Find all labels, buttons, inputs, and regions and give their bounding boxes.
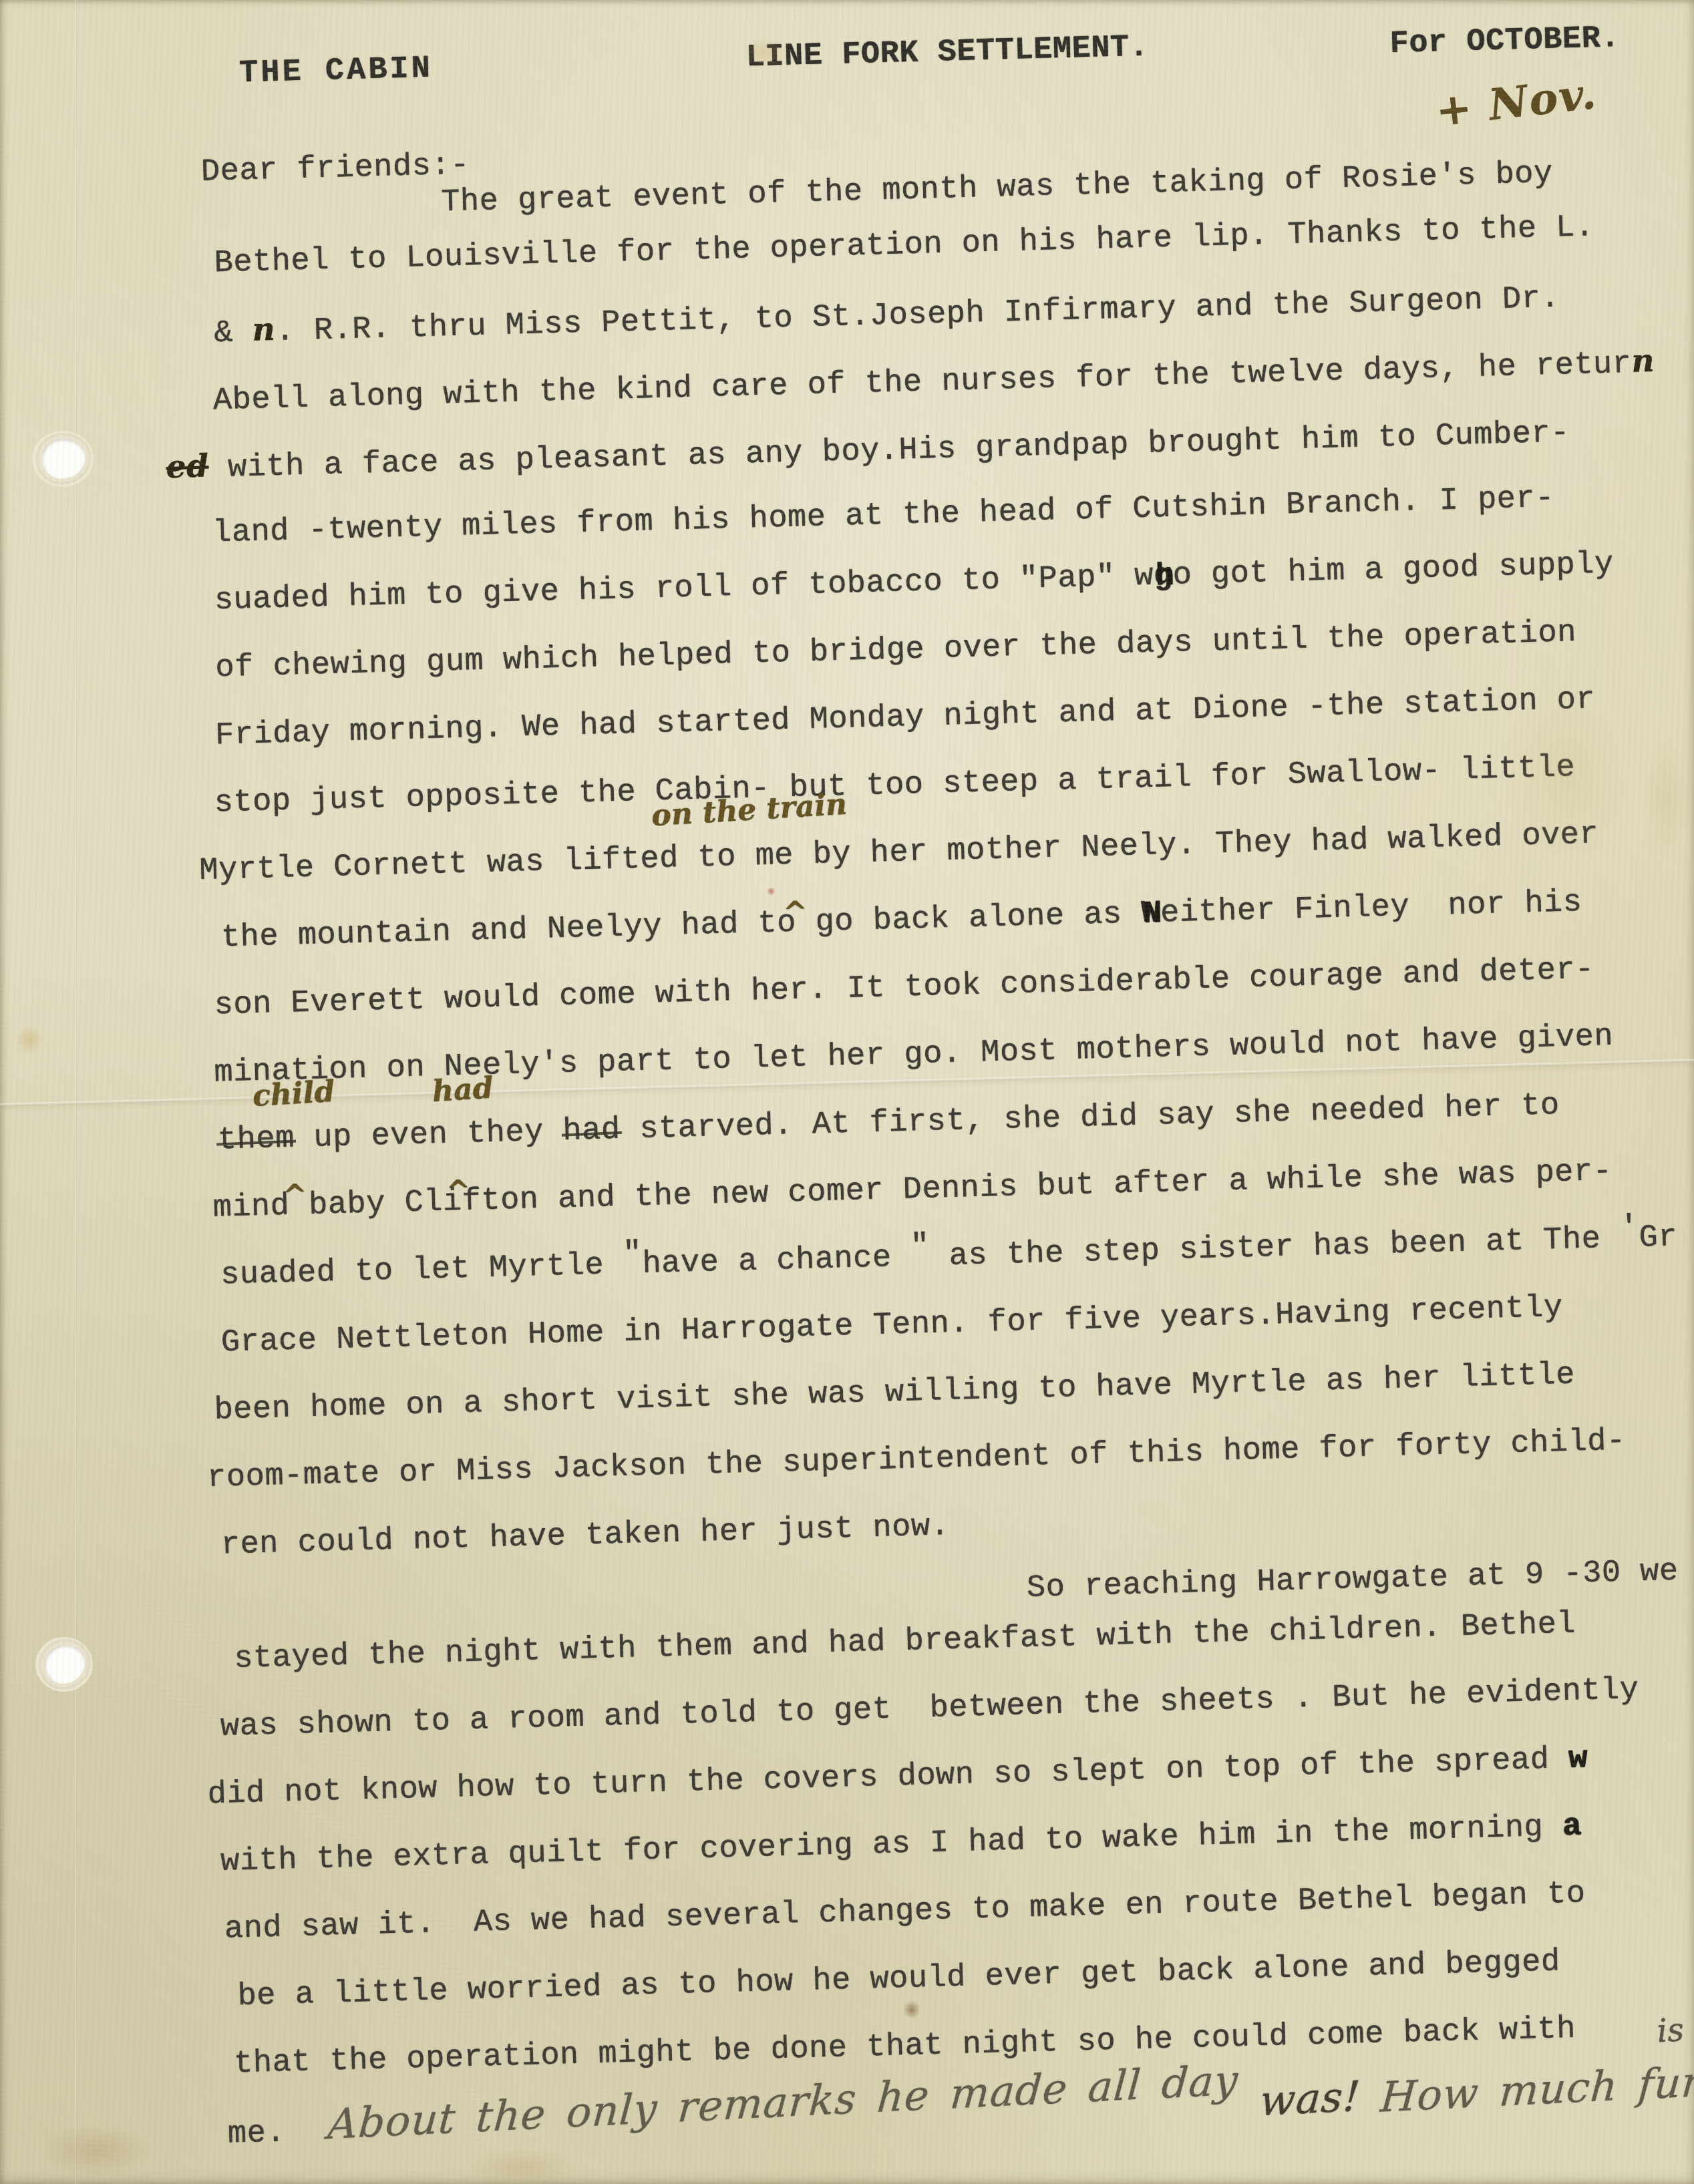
- typed-text: starved. At first, she did say she neede…: [620, 1088, 1560, 1148]
- letter-line: So reaching Harrowgate at 9 -30 we: [1026, 1552, 1679, 1609]
- typed-text: stop just opposite the Cabin- but too st…: [214, 750, 1576, 821]
- handwritten-correction: n: [252, 311, 276, 349]
- typed-text: have a chance: [642, 1240, 911, 1282]
- struck-out-word: had: [562, 1113, 621, 1149]
- letter-line: stayed the night with them and had break…: [234, 1605, 1576, 1680]
- handwritten-november-note: + Nov.: [1433, 69, 1600, 137]
- typed-text: suaded him to give his roll of tobacco t…: [214, 559, 1154, 619]
- letter-line: and saw it. As we had several changes to…: [224, 1874, 1586, 1950]
- handwritten-correction: ed: [166, 448, 209, 486]
- typed-text: Bethel to Louisville for the operation o…: [214, 210, 1594, 281]
- overstrike-character: h: [1155, 557, 1175, 598]
- typed-text: with the extra quilt for covering as I h…: [220, 1809, 1563, 1880]
- typed-text: a: [1562, 1809, 1582, 1845]
- handwritten-word: had: [432, 1069, 495, 1112]
- typed-text: room-mate or Miss Jackson the superinten…: [207, 1423, 1627, 1496]
- letter-line: the mountain and Neelyy had to go back a…: [220, 883, 1582, 958]
- typed-text: ren could not have taken her just now.: [220, 1509, 950, 1564]
- letter-line: Bethel to Louisville for the operation o…: [214, 208, 1595, 284]
- handwritten-script: How much furde: [1359, 2059, 1694, 2119]
- letter-line: son Everett would come with her. It took…: [214, 950, 1595, 1026]
- typed-text: o got him a good supply: [1172, 547, 1614, 594]
- header-settlement-title: LINE FORK SETTLEMENT.: [745, 27, 1149, 78]
- letter-line: Grace Nettleton Home in Harrogate Tenn. …: [220, 1288, 1563, 1364]
- letter-line: Dear friends:-: [200, 146, 470, 192]
- header-cabin-title: THE CABIN: [238, 49, 433, 95]
- letter-line: suaded to let Myrtle "have a chance " as…: [220, 1218, 1678, 1296]
- struck-out-word: them: [217, 1121, 295, 1158]
- letter-line: with the extra quilt for covering as I h…: [220, 1807, 1582, 1882]
- typed-text: stayed the night with them and had break…: [234, 1607, 1576, 1678]
- handwritten-word: is it.: [1656, 2007, 1694, 2051]
- typed-text: been home on a short visit she was willi…: [214, 1357, 1576, 1428]
- header-month-title: For OCTOBER.: [1389, 19, 1621, 65]
- typed-text: mind baby Clifton and the new comer Denn…: [212, 1154, 1613, 1226]
- overstrike-character: N: [1143, 894, 1163, 935]
- handwritten-script: was!: [1258, 2076, 1362, 2122]
- handwritten-word: child: [251, 1072, 335, 1117]
- letter-line: did not know how to turn the covers down…: [207, 1739, 1588, 1815]
- fold-crease-vertical: [75, 0, 77, 2184]
- letter-line: suaded him to give his roll of tobacco t…: [214, 545, 1614, 622]
- typed-text: w: [1568, 1741, 1588, 1777]
- typed-text: Abell along with the kind care of the nu…: [212, 347, 1632, 419]
- letter-line: land -twenty miles from his home at the …: [212, 479, 1554, 554]
- letter-page: THE CABIN LINE FORK SETTLEMENT. For OCTO…: [0, 0, 1694, 2184]
- letter-line: Myrtle Cornett was lifted to meon the tr…: [199, 815, 1599, 892]
- typed-text: suaded to let Myrtle: [220, 1248, 624, 1294]
- typed-text: ": [910, 1227, 930, 1268]
- letter-line: & n. R.R. thru Miss Pettit, to St.Joseph…: [214, 276, 1560, 354]
- typed-text: ': [1619, 1208, 1639, 1249]
- typed-text: be a little worried as to how he would e…: [237, 1944, 1560, 2014]
- overstruck-character: gh: [1153, 556, 1173, 597]
- typed-text: and saw it. As we had several changes to…: [224, 1876, 1586, 1947]
- typed-text: The great event of the month was the tak…: [441, 156, 1554, 221]
- typed-text: Grace Nettleton Home in Harrogate Tenn. …: [220, 1290, 1563, 1361]
- letter-line: of chewing gum which helped to bridge ov…: [215, 613, 1577, 689]
- typed-text: by her mother Neely. They had walked ove…: [793, 817, 1599, 874]
- typed-text: son Everett would come with her. It took…: [214, 952, 1594, 1023]
- typed-text: with a face as pleasant as any boy.His g…: [208, 415, 1570, 486]
- typed-text: . R.R. thru Miss Pettit, to St.Joseph In…: [275, 281, 1560, 349]
- letter-line: Friday morning. We had started Monday ni…: [214, 680, 1596, 756]
- letter-line: themchild^ up evenhad^ they had starved.…: [217, 1086, 1560, 1161]
- typed-text: was shown to a room and told to get betw…: [220, 1672, 1639, 1745]
- typed-text: land -twenty miles from his home at the …: [212, 481, 1555, 552]
- typed-text: Friday morning. We had started Monday ni…: [214, 682, 1595, 753]
- typed-text: as the step sister has been at The: [929, 1222, 1620, 1275]
- typed-text: of chewing gum which helped to bridge ov…: [215, 615, 1577, 686]
- letter-line: stop just opposite the Cabin- but too st…: [214, 748, 1576, 824]
- typed-text: So reaching Harrowgate at 9 -30 we: [1026, 1554, 1679, 1606]
- typed-text: the mountain and Neelyy had to go back a…: [220, 896, 1142, 956]
- letter-line: ed with a face as pleasant as any boy.Hi…: [166, 411, 1570, 490]
- letter-line: been home on a short visit she was willi…: [214, 1355, 1576, 1431]
- typed-text: up even: [294, 1117, 448, 1156]
- overstruck-character: WN: [1141, 894, 1161, 934]
- typed-text: Myrtle Cornett was lifted to me: [199, 838, 794, 889]
- typed-text: me.: [227, 2115, 285, 2152]
- typed-text: ": [623, 1234, 643, 1275]
- text-layer: THE CABIN LINE FORK SETTLEMENT. For OCTO…: [0, 0, 1694, 2183]
- letter-line: Abell along with the kind care of the nu…: [212, 341, 1655, 421]
- letter-line: was shown to a room and told to get betw…: [220, 1670, 1639, 1748]
- letter-line: mind baby Clifton and the new comer Denn…: [212, 1152, 1613, 1229]
- typed-text: did not know how to turn the covers down…: [207, 1742, 1569, 1813]
- typed-text: &: [214, 315, 253, 351]
- letter-line: me. About the only remarks he made all d…: [227, 2068, 1694, 2155]
- typed-text: Gr: [1639, 1220, 1678, 1256]
- letter-line: be a little worried as to how he would e…: [237, 1942, 1561, 2017]
- handwritten-correction: n: [1631, 343, 1655, 380]
- letter-line: ren could not have taken her just now.: [220, 1507, 950, 1566]
- typed-text: either Finley nor his: [1160, 885, 1582, 932]
- typed-text: Dear friends:-: [200, 148, 470, 190]
- typed-text: they: [448, 1114, 564, 1152]
- letter-line: room-mate or Miss Jackson the superinten…: [206, 1421, 1626, 1499]
